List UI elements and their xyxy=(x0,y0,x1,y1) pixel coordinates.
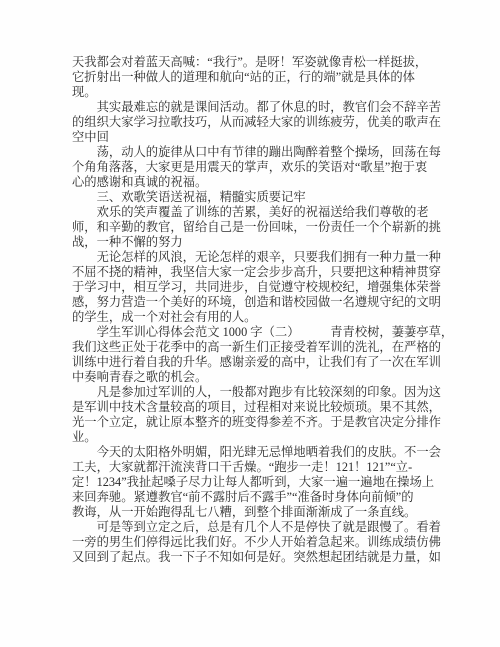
text-line: 定！1234”我扯起嗓子尽力让每人都听到，大家一遍一遍地在操场上 xyxy=(72,475,440,490)
text-line: 不屈不挠的精神，我坚信大家一定会步步高升，只要把这种精神贯穿 xyxy=(72,265,440,280)
document-page: 天我都会对着蓝天高喊：“我行”。是呀！军姿就像青松一样挺拔， 它折射出一种做人的… xyxy=(0,0,500,647)
text-line: 训练中进行着自我的升华。感谢亲爱的高中，让我们有了一次在军训 xyxy=(72,355,440,370)
text-line: 工夫，大家就都汗流浃背口干舌燥。“跑步一走！121！121”“立- xyxy=(72,460,440,475)
text-line: 今天的太阳格外明媚，阳光肆无忌惮地晒着我们的皮肤。不一会 xyxy=(72,445,440,460)
text-line: 可是等到立定之后，总是有几个人不是停快了就是跟慢了。看着 xyxy=(72,520,440,535)
text-line: 战，一种不懈的努力 xyxy=(72,235,440,250)
text-line: 无论怎样的风浪，无论怎样的艰辛，只要我们拥有一种力量一种 xyxy=(72,250,440,265)
text-line-section-heading: 三、欢歌笑语送祝福，精髓实质要记牢 xyxy=(72,190,440,205)
text-line: 来回奔驰。紧遵教官“前不露肘后不露手”“准备时身体向前倾”的 xyxy=(72,490,440,505)
text-line: 它折射出一种做人的道理和航向“站的正，行的端”就是具体的体 xyxy=(72,70,440,85)
text-line: 感，努力营造一个美好的环境，创造和谐校园做一名遵规守纪的文明 xyxy=(72,295,440,310)
text-line: 现。 xyxy=(72,85,440,100)
text-line: 光一个立定，就让原本整齐的班变得参差不齐。于是教官决定分排作 xyxy=(72,415,440,430)
text-line: 中奏响青春之歌的机会。 xyxy=(72,370,440,385)
text-line: 师，和辛勤的教官，留给自己是一份回味，一份责任一个个崭新的挑 xyxy=(72,220,440,235)
text-line: 凡是参加过军训的人，一般都对跑步有比较深刻的印象。因为这 xyxy=(72,385,440,400)
text-line: 于学习中，相互学习，共同进步，自觉遵守校规校纪，增强集体荣誉 xyxy=(72,280,440,295)
text-line: 我们这些正处于花季中的高一新生们正接受着军训的洗礼，在严格的 xyxy=(72,340,440,355)
text-line: 教诲，从一开始跑得乱七八糟，到整个排面渐渐成了一条直线。 xyxy=(72,505,440,520)
text-line: 天我都会对着蓝天高喊：“我行”。是呀！军姿就像青松一样挺拔， xyxy=(72,55,440,70)
text-line: 荡，动人的旋律从口中有节律的蹦出陶醉着整个操场，回荡在每 xyxy=(72,145,440,160)
text-line: 欢乐的笑声覆盖了训练的苦累，美好的祝福送给我们尊敬的老 xyxy=(72,205,440,220)
text-line: 的学生，成一个对社会有用的人。 xyxy=(72,310,440,325)
text-line-essay-title: 学生军训心得体会范文 1000 字（二） 青青校树，萋萋亭草， xyxy=(72,325,440,340)
text-line: 心的感谢和真诚的祝福。 xyxy=(72,175,440,190)
text-line: 其实最难忘的就是课间活动。都了休息的时，教官们会不辞辛苦 xyxy=(72,100,440,115)
text-line: 一旁的男生们停得远比我们好。不少人开始着急起来。训练成绩仿佛 xyxy=(72,535,440,550)
essay-text-block: 天我都会对着蓝天高喊：“我行”。是呀！军姿就像青松一样挺拔， 它折射出一种做人的… xyxy=(72,55,440,565)
text-line: 又回到了起点。我一下子不知如何是好。突然想起团结就是力量，如 xyxy=(72,550,440,565)
text-line: 的组织大家学习拉歌技巧，从而减轻大家的训练疲劳，优美的歌声在 xyxy=(72,115,440,130)
text-line: 是军训中技术含量较高的项目，过程相对来说比较烦琐。果不其然， xyxy=(72,400,440,415)
text-line: 个角角落落，大家更是用震天的掌声，欢乐的笑语对“歌星”抱于衷 xyxy=(72,160,440,175)
text-line: 业。 xyxy=(72,430,440,445)
text-line: 空中回 xyxy=(72,130,440,145)
